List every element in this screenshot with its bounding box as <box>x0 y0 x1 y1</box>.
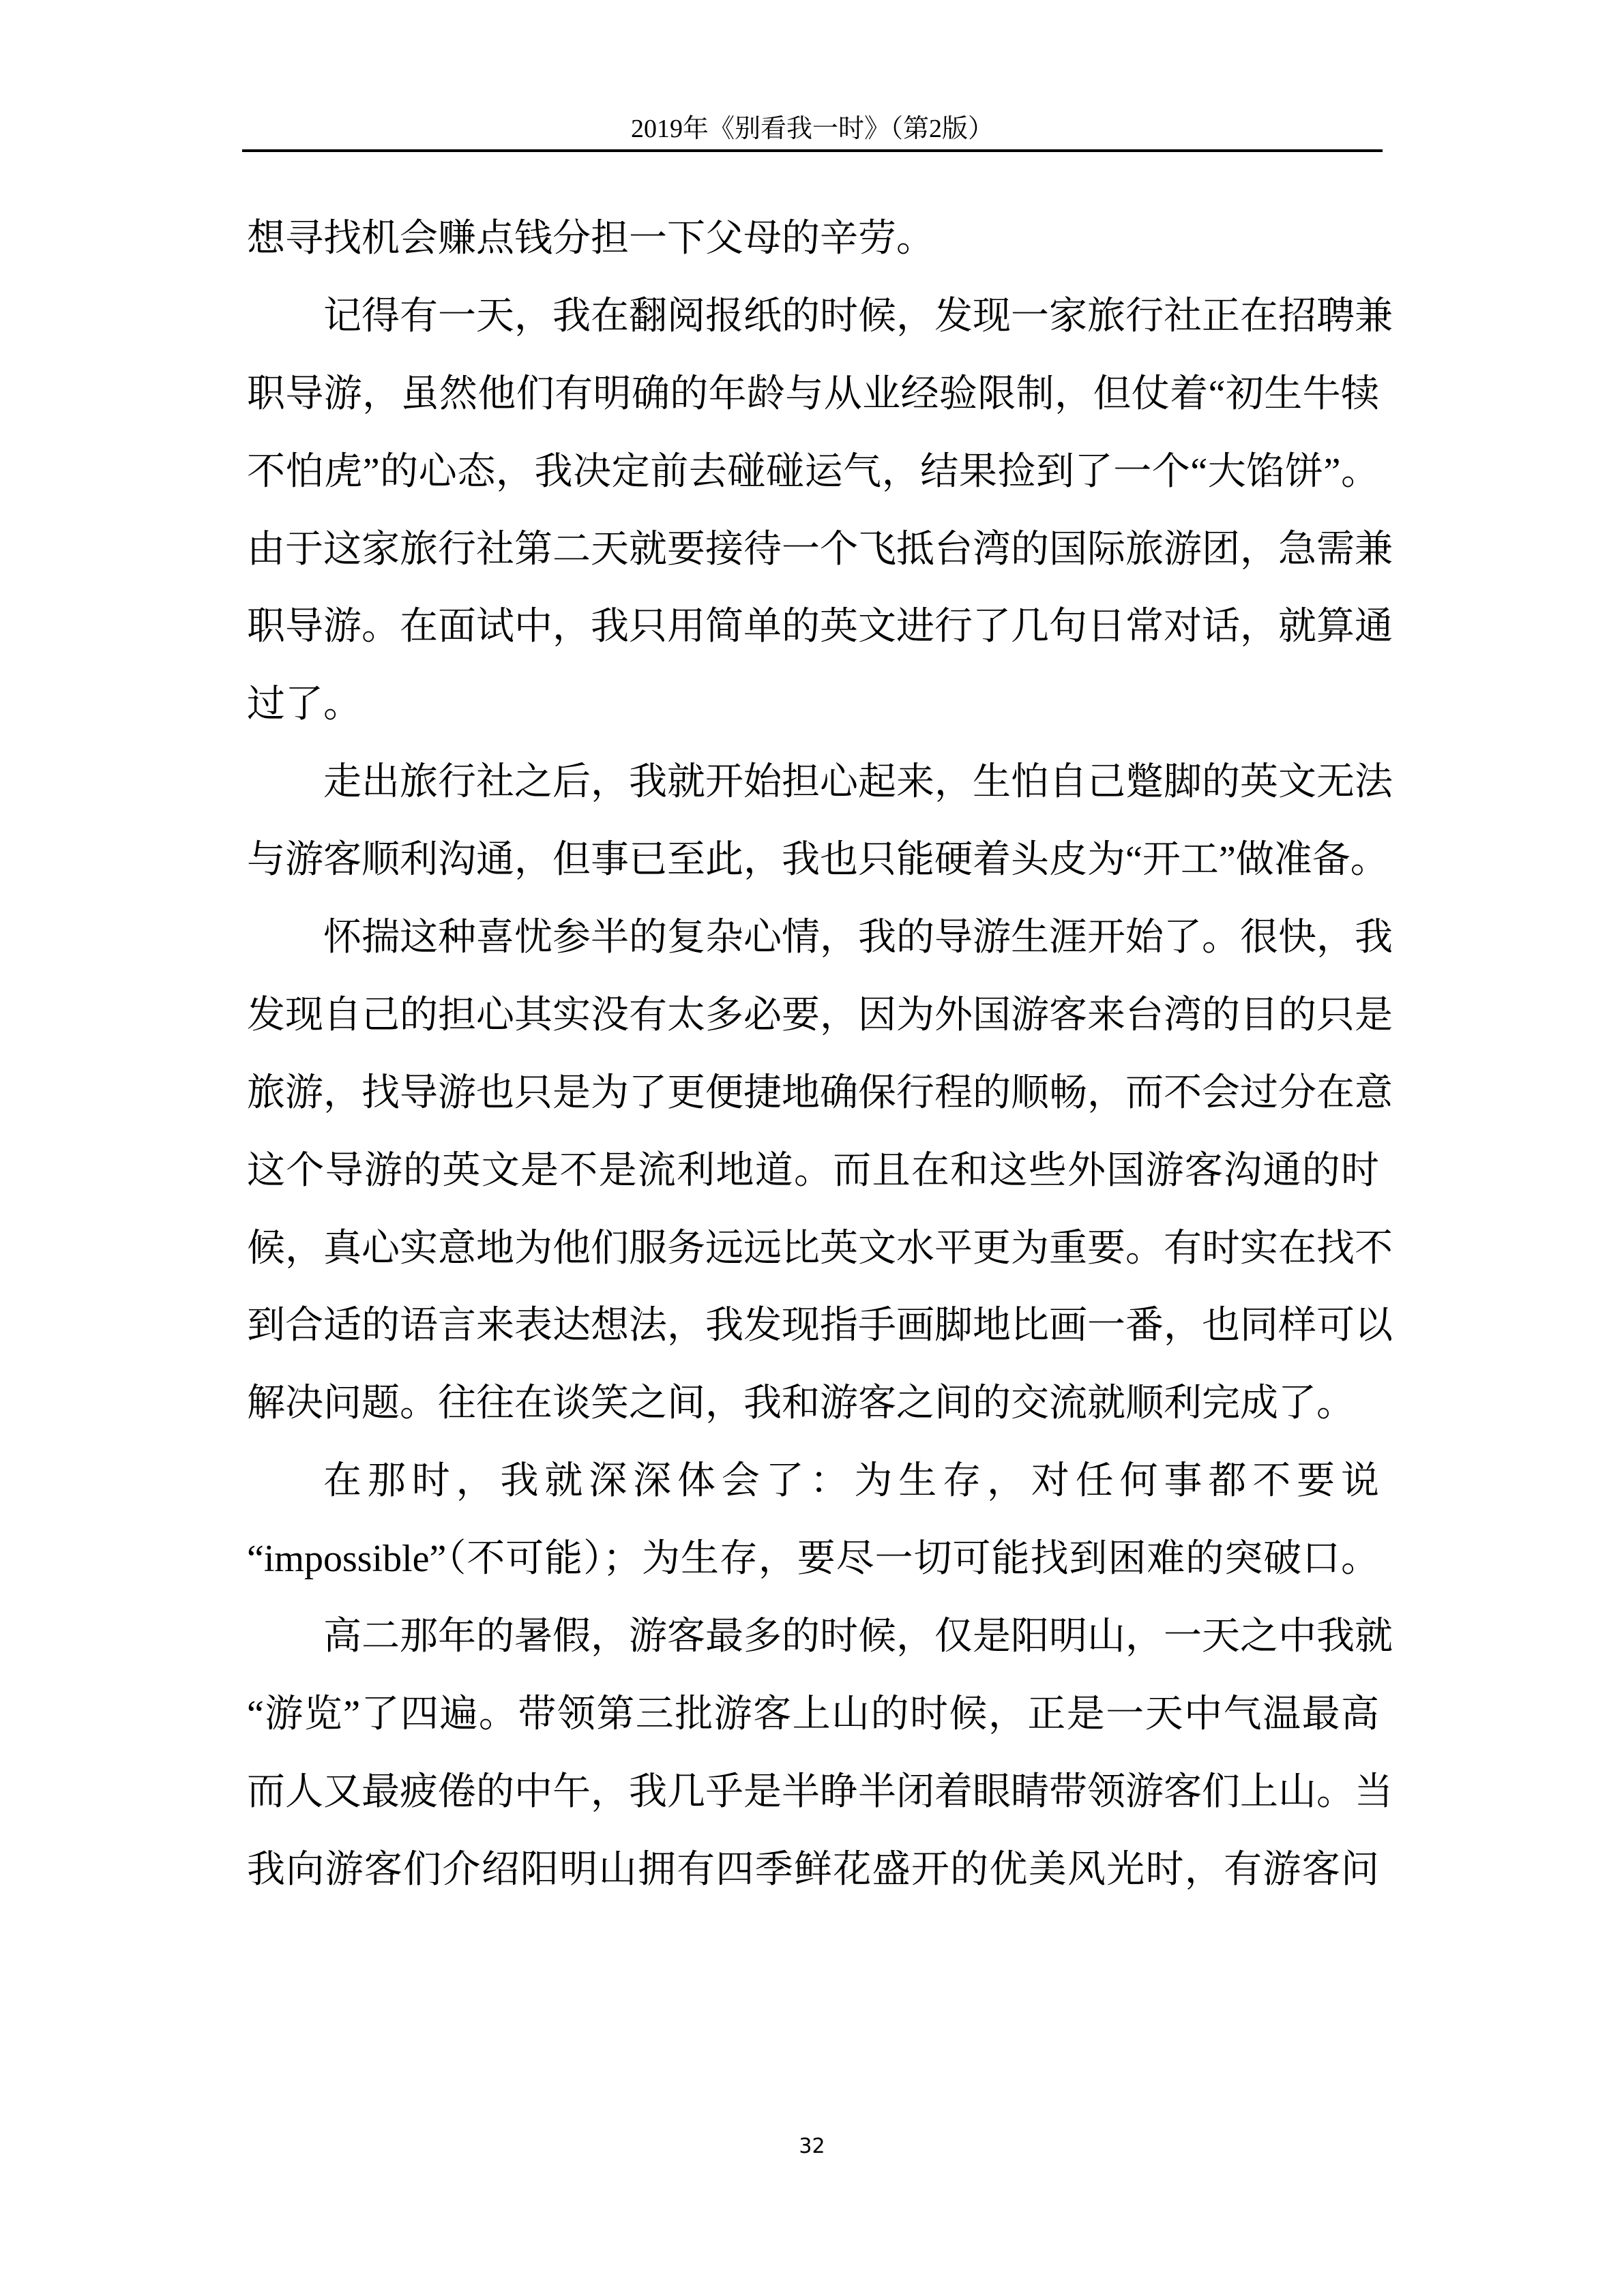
text-line: 过了。 <box>247 674 1379 752</box>
text-line: 到合适的语言来表达想法，我发现指手画脚地比画一番，也同样可以 <box>247 1296 1379 1373</box>
page-number: 32 <box>0 2133 1624 2160</box>
text-line: 高二那年的暑假，游客最多的时候，仅是阳明山，一天之中我就 <box>247 1607 1379 1684</box>
text-line: 职导游。在面试中，我只用简单的英文进行了几句日常对话，就算通 <box>247 597 1379 674</box>
text-line: 与游客顺利沟通，但事已至此，我也只能硬着头皮为“开工”做准备。 <box>247 830 1379 908</box>
text-line: “游览”了四遍。带领第三批游客上山的时候，正是一天中气温最高 <box>247 1684 1379 1762</box>
text-line: 而人又最疲倦的中午，我几乎是半睁半闭着眼睛带领游客们上山。当 <box>247 1762 1379 1840</box>
running-header: 2019年《别看我一时》（第2版） <box>242 109 1383 149</box>
body-text: 想寻找机会赚点钱分担一下父母的辛劳。 记得有一天，我在翻阅报纸的时候，发现一家旅… <box>247 209 1379 1918</box>
text-line: 我向游客们介绍阳明山拥有四季鲜花盛开的优美风光时，有游客问 <box>247 1840 1379 1918</box>
text-line: 不怕虎”的心态，我决定前去碰碰运气，结果捡到了一个“大馅饼”。 <box>247 442 1379 520</box>
text-line: 在那时，我就深深体会了：为生存，对任何事都不要说 <box>247 1451 1379 1529</box>
text-line: 怀揣这种喜忧参半的复杂心情，我的导游生涯开始了。很快，我 <box>247 908 1379 985</box>
text-line: 记得有一天，我在翻阅报纸的时候，发现一家旅行社正在招聘兼 <box>247 286 1379 364</box>
text-line: 这个导游的英文是不是流利地道。而且在和这些外国游客沟通的时 <box>247 1141 1379 1219</box>
text-line: 职导游，虽然他们有明确的年龄与从业经验限制，但仗着“初生牛犊 <box>247 364 1379 442</box>
header-divider <box>242 149 1383 152</box>
text-line: 由于这家旅行社第二天就要接待一个飞抵台湾的国际旅游团，急需兼 <box>247 520 1379 597</box>
text-line: 解决问题。往往在谈笑之间，我和游客之间的交流就顺利完成了。 <box>247 1373 1379 1451</box>
text-line: “impossible”（不可能）；为生存，要尽一切可能找到困难的突破口。 <box>247 1529 1379 1607</box>
text-line: 想寻找机会赚点钱分担一下父母的辛劳。 <box>247 209 1379 286</box>
text-line: 发现自己的担心其实没有太多必要，因为外国游客来台湾的目的只是 <box>247 985 1379 1063</box>
text-line: 旅游，找导游也只是为了更便捷地确保行程的顺畅，而不会过分在意 <box>247 1063 1379 1141</box>
text-line: 走出旅行社之后，我就开始担心起来，生怕自己蹩脚的英文无法 <box>247 752 1379 830</box>
text-line: 候，真心实意地为他们服务远远比英文水平更为重要。有时实在找不 <box>247 1219 1379 1296</box>
